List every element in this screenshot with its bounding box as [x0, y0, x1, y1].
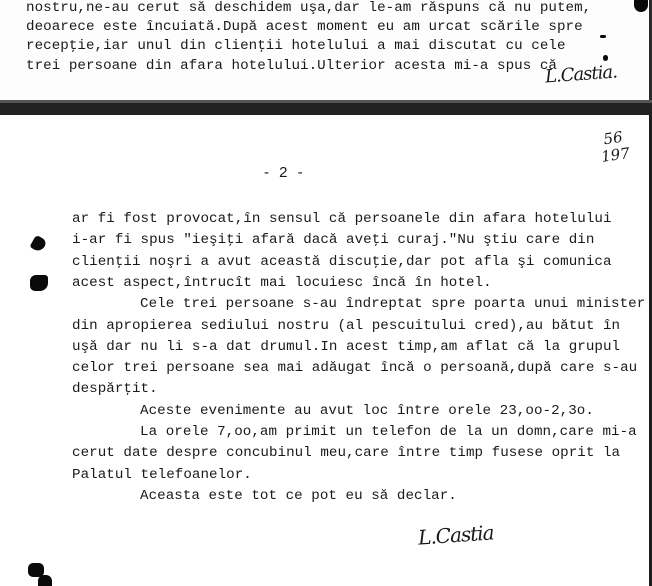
- ink-blot: [634, 0, 648, 12]
- document-page: - 2 - 56 197 ar fi fost provocat,în sens…: [0, 115, 652, 586]
- text-line: clienţii noşri a avut această discuţie,d…: [72, 252, 612, 272]
- page-separator: [0, 100, 652, 115]
- previous-page-fragment: nostru,ne-au cerut să deschidem uşa,dar …: [0, 0, 652, 100]
- text-line: acest aspect,întrucît mai locuiesc încă …: [72, 273, 492, 293]
- ink-speck: [600, 35, 606, 38]
- folio-number: 56 197: [598, 128, 631, 166]
- text-line: deoarece este încuiată.După acest moment…: [26, 17, 583, 37]
- text-line: La orele 7,oo,am primit un telefon de la…: [140, 422, 637, 442]
- ink-speck: [603, 55, 608, 61]
- text-line: Aceste evenimente au avut loc între orel…: [140, 401, 594, 421]
- folio-bottom: 197: [600, 145, 631, 166]
- text-line: recepţie,iar unul din clienţii hotelului…: [26, 36, 566, 56]
- ink-blot: [30, 275, 48, 291]
- signature: L.Castia: [417, 520, 494, 549]
- text-line: Cele trei persoane s-au îndreptat spre p…: [140, 294, 645, 314]
- signature: L.Castia.: [544, 62, 617, 88]
- text-line: Palatul telefoanelor.: [72, 465, 252, 485]
- text-line: celor trei persoane sea mai adăugat încă…: [72, 358, 637, 378]
- text-line: nostru,ne-au cerut să deschidem uşa,dar …: [26, 0, 591, 18]
- text-line: despărţit.: [72, 379, 158, 399]
- text-line: uşă dar nu li s-a dat drumul.In acest ti…: [72, 337, 620, 357]
- text-line: ar fi fost provocat,în sensul că persoan…: [72, 209, 612, 229]
- text-line: Aceasta este tot ce pot eu să declar.: [140, 486, 457, 506]
- page-number: - 2 -: [264, 164, 306, 181]
- ink-blot: [38, 575, 52, 586]
- ink-blot: [29, 235, 47, 254]
- text-line: trei persoane din afara hotelului.Ulteri…: [26, 56, 557, 76]
- text-line: i-ar fi spus "ieşiţi afară dacă aveţi cu…: [72, 230, 594, 250]
- text-line: din apropierea sediului nostru (al pescu…: [72, 316, 620, 336]
- separator-line: [0, 100, 652, 103]
- text-line: cerut date despre concubinul meu,care în…: [72, 443, 620, 463]
